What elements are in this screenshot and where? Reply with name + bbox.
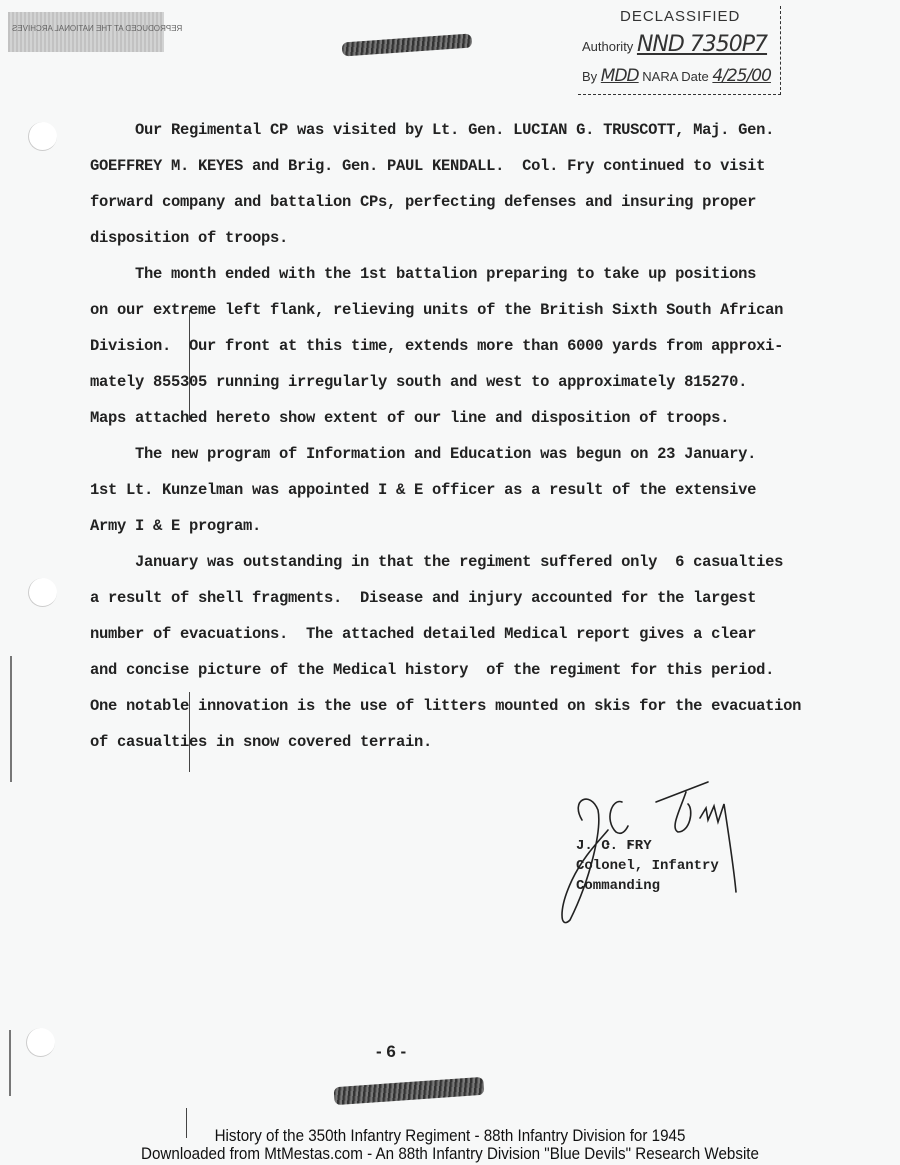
text-line: number of evacuations. The attached deta… (90, 616, 810, 652)
text-line: mately 855305 running irregularly south … (90, 364, 810, 400)
redaction-mark-bottom (334, 1077, 485, 1105)
archive-stamp-text: REPRODUCED AT THE NATIONAL ARCHIVES (12, 24, 182, 33)
text-line: and concise picture of the Medical histo… (90, 652, 810, 688)
archive-reproduction-stamp: REPRODUCED AT THE NATIONAL ARCHIVES (8, 12, 164, 52)
signatory-rank: Colonel, Infantry (576, 856, 719, 876)
text-line: GOEFFREY M. KEYES and Brig. Gen. PAUL KE… (90, 148, 810, 184)
declassified-label: DECLASSIFIED (620, 8, 740, 25)
binder-hole-middle (28, 578, 57, 607)
nara-date-label: NARA Date (642, 69, 708, 84)
text-line: One notable innovation is the use of lit… (90, 688, 810, 724)
website-footer: History of the 350th Infantry Regiment -… (36, 1127, 864, 1163)
signature-block: J. C. FRY Colonel, Infantry Commanding (576, 836, 719, 896)
binder-hole-bottom (26, 1028, 55, 1057)
text-line: Army I & E program. (90, 508, 810, 544)
paragraph-education-program: The new program of Information and Educa… (90, 436, 810, 544)
text-line: The month ended with the 1st battalion p… (90, 256, 810, 292)
text-line: Our Regimental CP was visited by Lt. Gen… (90, 112, 810, 148)
signatory-name: J. C. FRY (576, 836, 719, 856)
footer-line-title: History of the 350th Infantry Regiment -… (36, 1127, 864, 1145)
footer-line-source: Downloaded from MtMestas.com - An 88th I… (36, 1145, 864, 1163)
signatory-role: Commanding (576, 876, 719, 896)
redaction-mark-top (342, 33, 473, 56)
page-number: - 6 - (376, 1042, 406, 1062)
text-line: forward company and battalion CPs, perfe… (90, 184, 810, 220)
margin-edge-mark (9, 1030, 11, 1096)
text-line: 1st Lt. Kunzelman was appointed I & E of… (90, 472, 810, 508)
text-line: January was outstanding in that the regi… (90, 544, 810, 580)
by-row: By MDD NARA Date 4/25/00 (582, 66, 771, 86)
authority-label: Authority (582, 39, 633, 54)
text-line: of casualties in snow covered terrain. (90, 724, 810, 760)
text-line: disposition of troops. (90, 220, 810, 256)
authority-row: Authority NND 7350P7 (582, 32, 767, 57)
document-body: Our Regimental CP was visited by Lt. Gen… (90, 112, 810, 760)
paragraph-positions: The month ended with the 1st battalion p… (90, 256, 810, 436)
binder-hole-top (28, 122, 57, 151)
margin-edge-mark (10, 656, 12, 782)
text-line: Maps attached hereto show extent of our … (90, 400, 810, 436)
text-line: a result of shell fragments. Disease and… (90, 580, 810, 616)
paragraph-visitors: Our Regimental CP was visited by Lt. Gen… (90, 112, 810, 256)
paragraph-casualties: January was outstanding in that the regi… (90, 544, 810, 760)
by-label: By (582, 69, 597, 84)
by-value: MDD (601, 66, 639, 86)
declassification-stamp: DECLASSIFIED Authority NND 7350P7 By MDD… (578, 6, 781, 95)
text-line: The new program of Information and Educa… (90, 436, 810, 472)
nara-date-value: 4/25/00 (712, 66, 771, 86)
authority-value: NND 7350P7 (637, 32, 767, 57)
text-line: on our extreme left flank, relieving uni… (90, 292, 810, 328)
text-line: Division. Our front at this time, extend… (90, 328, 810, 364)
